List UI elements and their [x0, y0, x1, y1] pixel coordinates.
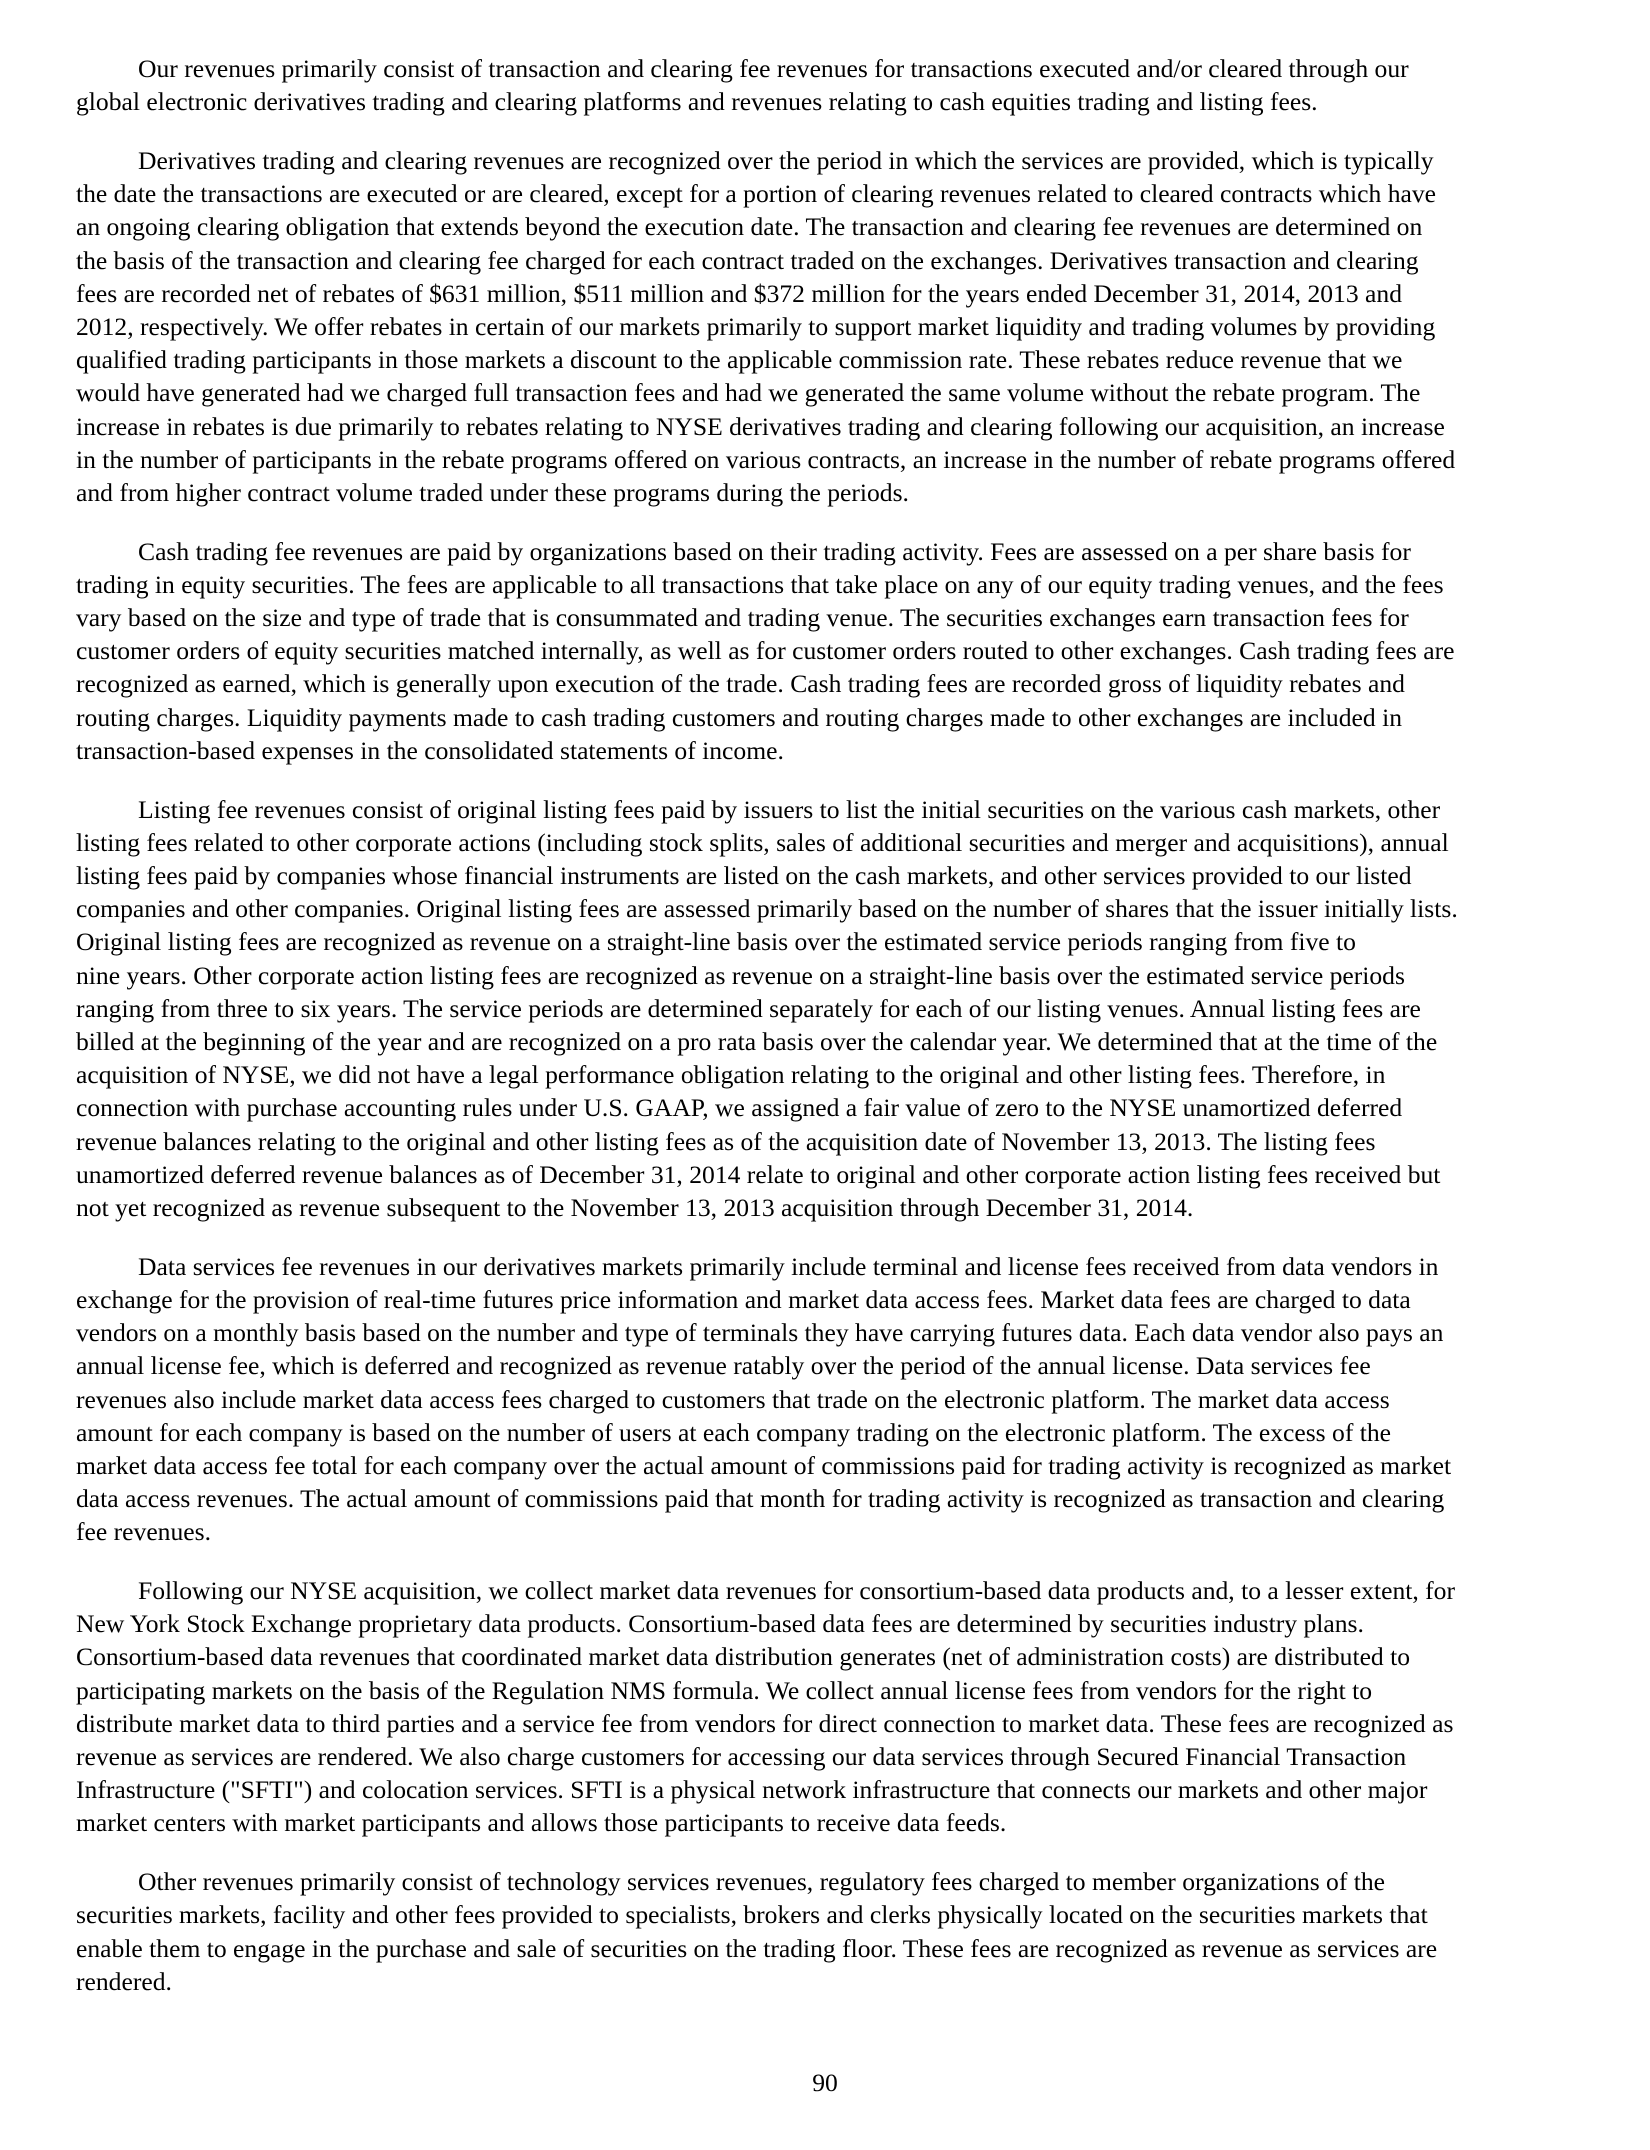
text-line: revenue balances relating to the origina… — [76, 1125, 1596, 1158]
text-line: vendors on a monthly basis based on the … — [76, 1316, 1596, 1349]
paragraph-data-services-fees: Data services fee revenues in our deriva… — [76, 1250, 1596, 1549]
page-number: 90 — [0, 2066, 1650, 2099]
text-line: connection with purchase accounting rule… — [76, 1091, 1596, 1124]
text-line: acquisition of NYSE, we did not have a l… — [76, 1058, 1596, 1091]
text-line: customer orders of equity securities mat… — [76, 634, 1596, 667]
text-line: Infrastructure ("SFTI") and colocation s… — [76, 1773, 1596, 1806]
text-line: would have generated had we charged full… — [76, 376, 1596, 409]
paragraph-derivatives-trading-clearing: Derivatives trading and clearing revenue… — [76, 144, 1596, 509]
text-line: market centers with market participants … — [76, 1806, 1596, 1839]
text-line: securities markets, facility and other f… — [76, 1898, 1596, 1931]
paragraph-revenues-overview: Our revenues primarily consist of transa… — [76, 52, 1596, 118]
text-line: Listing fee revenues consist of original… — [76, 793, 1596, 826]
text-line: distribute market data to third parties … — [76, 1707, 1596, 1740]
paragraph-cash-trading-fees: Cash trading fee revenues are paid by or… — [76, 535, 1596, 767]
paragraph-listing-fees: Listing fee revenues consist of original… — [76, 793, 1596, 1225]
text-line: Our revenues primarily consist of transa… — [76, 52, 1596, 85]
document-page: Our revenues primarily consist of transa… — [76, 52, 1596, 2023]
text-line: routing charges. Liquidity payments made… — [76, 701, 1596, 734]
text-line: Other revenues primarily consist of tech… — [76, 1865, 1596, 1898]
text-line: and from higher contract volume traded u… — [76, 476, 1596, 509]
text-line: listing fees related to other corporate … — [76, 826, 1596, 859]
text-line: recognized as earned, which is generally… — [76, 667, 1596, 700]
text-line: Cash trading fee revenues are paid by or… — [76, 535, 1596, 568]
text-line: nine years. Other corporate action listi… — [76, 959, 1596, 992]
text-line: exchange for the provision of real-time … — [76, 1283, 1596, 1316]
text-line: Data services fee revenues in our deriva… — [76, 1250, 1596, 1283]
text-line: in the number of participants in the reb… — [76, 443, 1596, 476]
text-line: Consortium-based data revenues that coor… — [76, 1640, 1596, 1673]
text-line: Original listing fees are recognized as … — [76, 925, 1596, 958]
text-line: revenues also include market data access… — [76, 1383, 1596, 1416]
text-line: companies and other companies. Original … — [76, 892, 1596, 925]
text-line: the date the transactions are executed o… — [76, 177, 1596, 210]
text-line: fee revenues. — [76, 1515, 1596, 1548]
text-line: participating markets on the basis of th… — [76, 1674, 1596, 1707]
text-line: annual license fee, which is deferred an… — [76, 1349, 1596, 1382]
text-line: an ongoing clearing obligation that exte… — [76, 210, 1596, 243]
paragraph-nyse-market-data: Following our NYSE acquisition, we colle… — [76, 1574, 1596, 1840]
text-line: New York Stock Exchange proprietary data… — [76, 1607, 1596, 1640]
paragraph-other-revenues: Other revenues primarily consist of tech… — [76, 1865, 1596, 1998]
text-line: fees are recorded net of rebates of $631… — [76, 277, 1596, 310]
text-line: increase in rebates is due primarily to … — [76, 410, 1596, 443]
text-line: 2012, respectively. We offer rebates in … — [76, 310, 1596, 343]
text-line: global electronic derivatives trading an… — [76, 85, 1596, 118]
text-line: amount for each company is based on the … — [76, 1416, 1596, 1449]
text-line: listing fees paid by companies whose fin… — [76, 859, 1596, 892]
text-line: qualified trading participants in those … — [76, 343, 1596, 376]
text-line: unamortized deferred revenue balances as… — [76, 1158, 1596, 1191]
text-line: market data access fee total for each co… — [76, 1449, 1596, 1482]
text-line: rendered. — [76, 1965, 1596, 1998]
text-line: enable them to engage in the purchase an… — [76, 1932, 1596, 1965]
text-line: vary based on the size and type of trade… — [76, 601, 1596, 634]
text-line: Derivatives trading and clearing revenue… — [76, 144, 1596, 177]
text-line: billed at the beginning of the year and … — [76, 1025, 1596, 1058]
text-line: not yet recognized as revenue subsequent… — [76, 1191, 1596, 1224]
text-line: ranging from three to six years. The ser… — [76, 992, 1596, 1025]
text-line: revenue as services are rendered. We als… — [76, 1740, 1596, 1773]
text-line: trading in equity securities. The fees a… — [76, 568, 1596, 601]
text-line: Following our NYSE acquisition, we colle… — [76, 1574, 1596, 1607]
text-line: the basis of the transaction and clearin… — [76, 244, 1596, 277]
text-line: transaction-based expenses in the consol… — [76, 734, 1596, 767]
text-line: data access revenues. The actual amount … — [76, 1482, 1596, 1515]
